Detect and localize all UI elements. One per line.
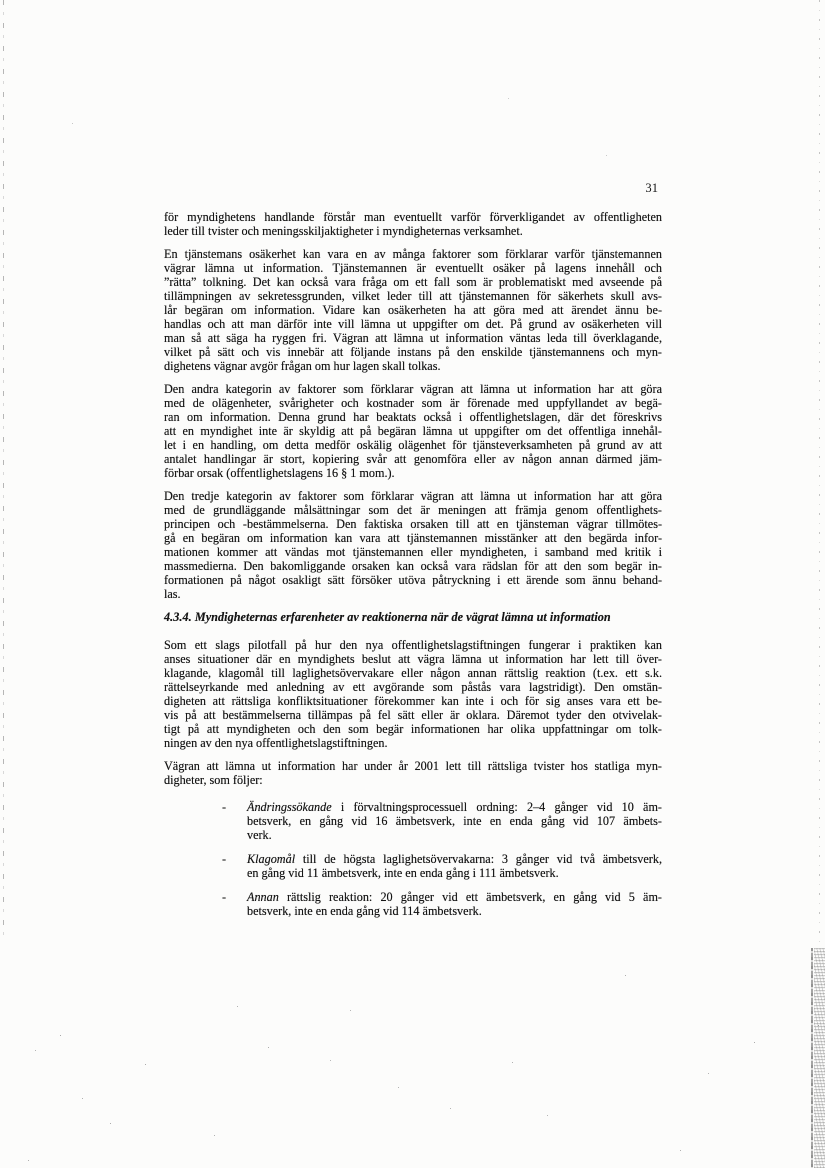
list-item-dash-marker: - xyxy=(222,890,247,918)
text-line: ”rätta” tolkning. Det kan också vara frå… xyxy=(164,275,662,289)
text-line: Annan rättslig reaktion: 20 gånger vid e… xyxy=(247,890,662,904)
scan-noise-edge xyxy=(811,948,813,1168)
text-line: ran om information. Denna grund har beak… xyxy=(164,410,662,424)
text-line: en gång vid 11 ämbetsverk, inte en enda … xyxy=(247,866,662,880)
text-line: Som ett slags pilotfall på hur den nya o… xyxy=(164,638,662,652)
scan-speckles xyxy=(0,0,1,1)
text-line: med de olägenheter, svårigheter och kost… xyxy=(164,396,662,410)
text-line: ningen av den nya offentlighetslagstiftn… xyxy=(164,736,662,750)
text-line: Den andra kategorin av faktorer som förk… xyxy=(164,382,662,396)
page-number: 31 xyxy=(164,182,662,195)
text-line: digheter, som följer: xyxy=(164,773,662,787)
text-line: dighetens vägnar avgör frågan om hur lag… xyxy=(164,359,662,373)
paragraph: för myndighetens handlande förstår man e… xyxy=(164,210,662,238)
dash-list: -Ändringssökande i förvaltningsprocessue… xyxy=(164,800,662,918)
text-line: betsverk, inte en enda gång vid 114 ämbe… xyxy=(247,904,662,918)
scanned-document-page: 31 för myndighetens handlande förstår ma… xyxy=(0,0,825,1168)
text-line: leder till tvister och meningsskiljaktig… xyxy=(164,224,662,238)
text-line: gå en begäran om information kan vara at… xyxy=(164,531,662,545)
body-text-lower: Som ett slags pilotfall på hur den nya o… xyxy=(164,638,662,787)
text-line: att en myndighet inte är skyldig att på … xyxy=(164,424,662,438)
list-item-dash-marker: - xyxy=(222,800,247,842)
left-edge-scan-line xyxy=(3,0,4,940)
list-item-text: Ändringssökande i förvaltningsprocessuel… xyxy=(247,800,662,842)
text-line: digheten att rättsliga konfliktsituation… xyxy=(164,694,662,708)
list-item: -Annan rättslig reaktion: 20 gånger vid … xyxy=(164,890,662,918)
text-line: tillämpningen av sekretessgrunden, vilke… xyxy=(164,289,662,303)
section-heading: 4.3.4. Myndigheternas erfarenheter av re… xyxy=(164,610,662,624)
list-item-lead-rest: till de högsta laglighetsövervakarna: 3 … xyxy=(295,852,662,866)
text-line: verk. xyxy=(247,828,662,842)
list-item: -Ändringssökande i förvaltningsprocessue… xyxy=(164,800,662,842)
text-line: Ändringssökande i förvaltningsprocessuel… xyxy=(247,800,662,814)
text-line: antalet handlingar är stort, kopiering s… xyxy=(164,452,662,466)
paragraph: Den tredje kategorin av faktorer som för… xyxy=(164,489,662,601)
list-item-lead-italic: Ändringssökande xyxy=(247,800,332,814)
text-line: med de grundläggande målsättningar som d… xyxy=(164,503,662,517)
text-line: vilket på sätt och vis innebär att följa… xyxy=(164,345,662,359)
list-item-lead-italic: Klagomål xyxy=(247,852,295,866)
text-line: rättelseyrkande med anledning av ett avg… xyxy=(164,680,662,694)
text-line: formationen på något osakligt sätt försö… xyxy=(164,573,662,587)
list-item-lead-italic: Annan xyxy=(247,890,279,904)
list-item-dash-marker: - xyxy=(222,852,247,880)
text-line: Klagomål till de högsta laglighetsöverva… xyxy=(247,852,662,866)
list-item-lead-rest: rättslig reaktion: 20 gånger vid ett ämb… xyxy=(279,890,662,904)
text-line: massmedierna. Den bakomliggande orsaken … xyxy=(164,559,662,573)
right-edge-scan-dots xyxy=(819,0,820,950)
text-line: las. xyxy=(164,587,662,601)
text-line: principen och -bestämmelserna. Den fakti… xyxy=(164,517,662,531)
text-line: för myndighetens handlande förstår man e… xyxy=(164,210,662,224)
text-line: tigt på att myndigheten och den som begä… xyxy=(164,722,662,736)
text-line: anses situationer där en myndighets besl… xyxy=(164,652,662,666)
list-item-text: Klagomål till de högsta laglighetsöverva… xyxy=(247,852,662,880)
text-line: Vägran att lämna ut information har unde… xyxy=(164,759,662,773)
paragraph: Som ett slags pilotfall på hur den nya o… xyxy=(164,638,662,750)
text-line: handlas och att man därför inte vill läm… xyxy=(164,317,662,331)
text-line: vägrar lämna ut information. Tjänstemann… xyxy=(164,261,662,275)
text-line: En tjänstemans osäkerhet kan vara en av … xyxy=(164,247,662,261)
paragraph: Vägran att lämna ut information har unde… xyxy=(164,759,662,787)
body-text-upper: för myndighetens handlande förstår man e… xyxy=(164,210,662,601)
paragraph: En tjänstemans osäkerhet kan vara en av … xyxy=(164,247,662,373)
list-item-lead-rest: i förvaltningsprocessuell ordning: 2–4 g… xyxy=(332,800,662,814)
text-line: man så att säga ha ryggen fri. Vägran at… xyxy=(164,331,662,345)
text-line: betsverk, en gång vid 16 ämbetsverk, int… xyxy=(247,814,662,828)
list-item: -Klagomål till de högsta laglighetsöverv… xyxy=(164,852,662,880)
text-line: let i en handling, om detta medför oskäl… xyxy=(164,438,662,452)
text-line: mationen kommer att vändas mot tjänstema… xyxy=(164,545,662,559)
paragraph: Den andra kategorin av faktorer som förk… xyxy=(164,382,662,480)
text-line: lår begäran om information. Vidare kan o… xyxy=(164,303,662,317)
page-content: 31 för myndighetens handlande förstår ma… xyxy=(164,182,662,928)
text-line: klagande, klagomål till laglighetsöverva… xyxy=(164,666,662,680)
scan-noise-strip xyxy=(814,948,825,1168)
text-line: vis på att bestämmelserna tillämpas på f… xyxy=(164,708,662,722)
list-item-text: Annan rättslig reaktion: 20 gånger vid e… xyxy=(247,890,662,918)
text-line: Den tredje kategorin av faktorer som för… xyxy=(164,489,662,503)
text-line: förbar orsak (offentlighetslagens 16 § 1… xyxy=(164,466,662,480)
